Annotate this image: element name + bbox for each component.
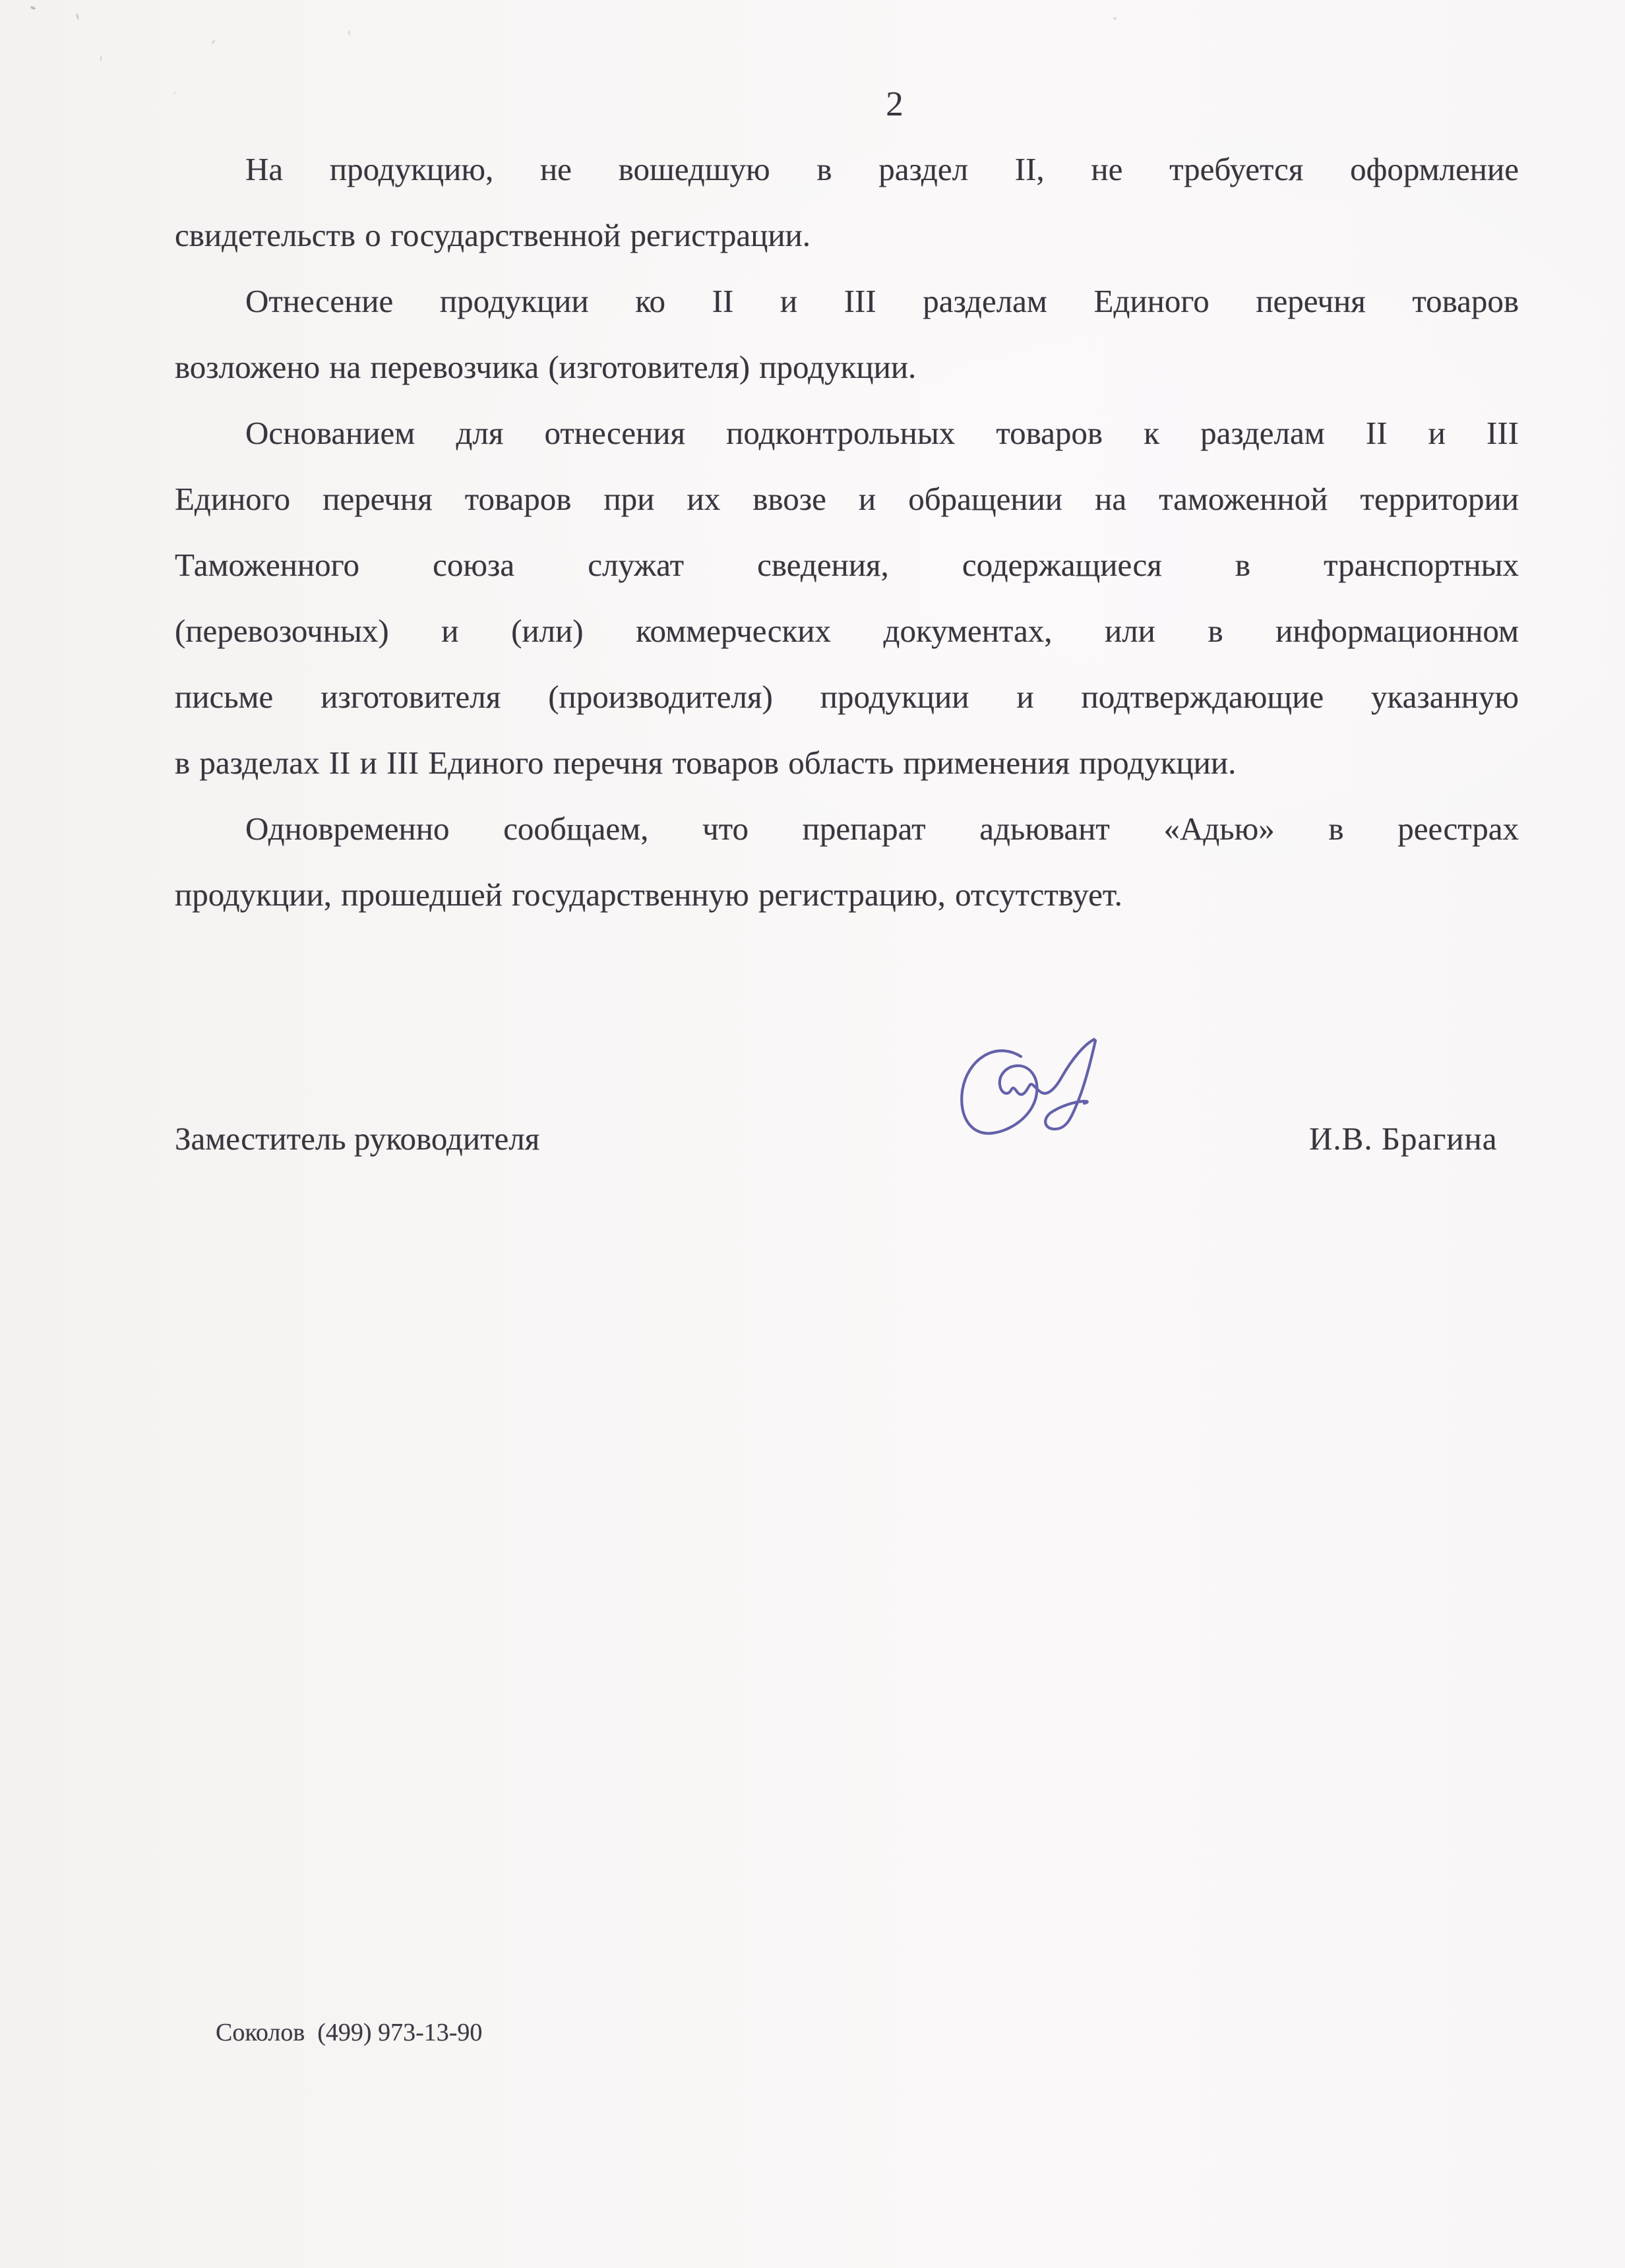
scan-speck	[173, 91, 176, 95]
text-line: в разделах II и III Единого перечня това…	[175, 730, 1519, 796]
text-line: Единого перечня товаров при их ввозе и о…	[175, 466, 1519, 532]
footer-contact: Соколов (499) 973-13-90	[216, 2013, 482, 2052]
scan-speck	[348, 30, 351, 36]
handwritten-signature	[943, 1029, 1115, 1148]
text-line: На продукцию, не вошедшую в раздел II, н…	[175, 137, 1519, 202]
text-line: Отнесение продукции ко II и III разделам…	[175, 268, 1519, 334]
page-number: 2	[872, 84, 918, 124]
scan-speck	[30, 6, 36, 11]
text-line: возложено на перевозчика (изготовителя) …	[175, 334, 1519, 400]
scanned-letter-page: 2 На продукцию, не вошедшую в раздел II,…	[0, 0, 1625, 2268]
scan-speck	[76, 13, 79, 20]
paragraph: Одновременно сообщаем, что препарат адью…	[175, 796, 1519, 928]
paragraph: На продукцию, не вошедшую в раздел II, н…	[175, 137, 1519, 268]
text-line: письме изготовителя (производителя) прод…	[175, 664, 1519, 730]
signature-ink-stroke	[962, 1039, 1095, 1134]
scan-speck	[1113, 17, 1117, 20]
paragraph: Отнесение продукции ко II и III разделам…	[175, 268, 1519, 400]
signer-position-label: Заместитель руководителя	[175, 1116, 539, 1162]
text-line: продукции, прошедшей государственную рег…	[175, 862, 1519, 928]
text-line: Основанием для отнесения подконтрольных …	[175, 400, 1519, 466]
signer-name: И.В. Брагина	[1309, 1116, 1540, 1162]
text-line: (перевозочных) и (или) коммерческих доку…	[175, 598, 1519, 664]
text-line: свидетельств о государственной регистрац…	[175, 202, 1519, 268]
paragraph: Основанием для отнесения подконтрольных …	[175, 400, 1519, 796]
text-block: На продукцию, не вошедшую в раздел II, н…	[175, 137, 1519, 928]
text-line: Одновременно сообщаем, что препарат адью…	[175, 796, 1519, 862]
text-line: Таможенного союза служат сведения, содер…	[175, 532, 1519, 598]
scan-speck	[100, 55, 102, 61]
scan-speck	[211, 40, 215, 45]
